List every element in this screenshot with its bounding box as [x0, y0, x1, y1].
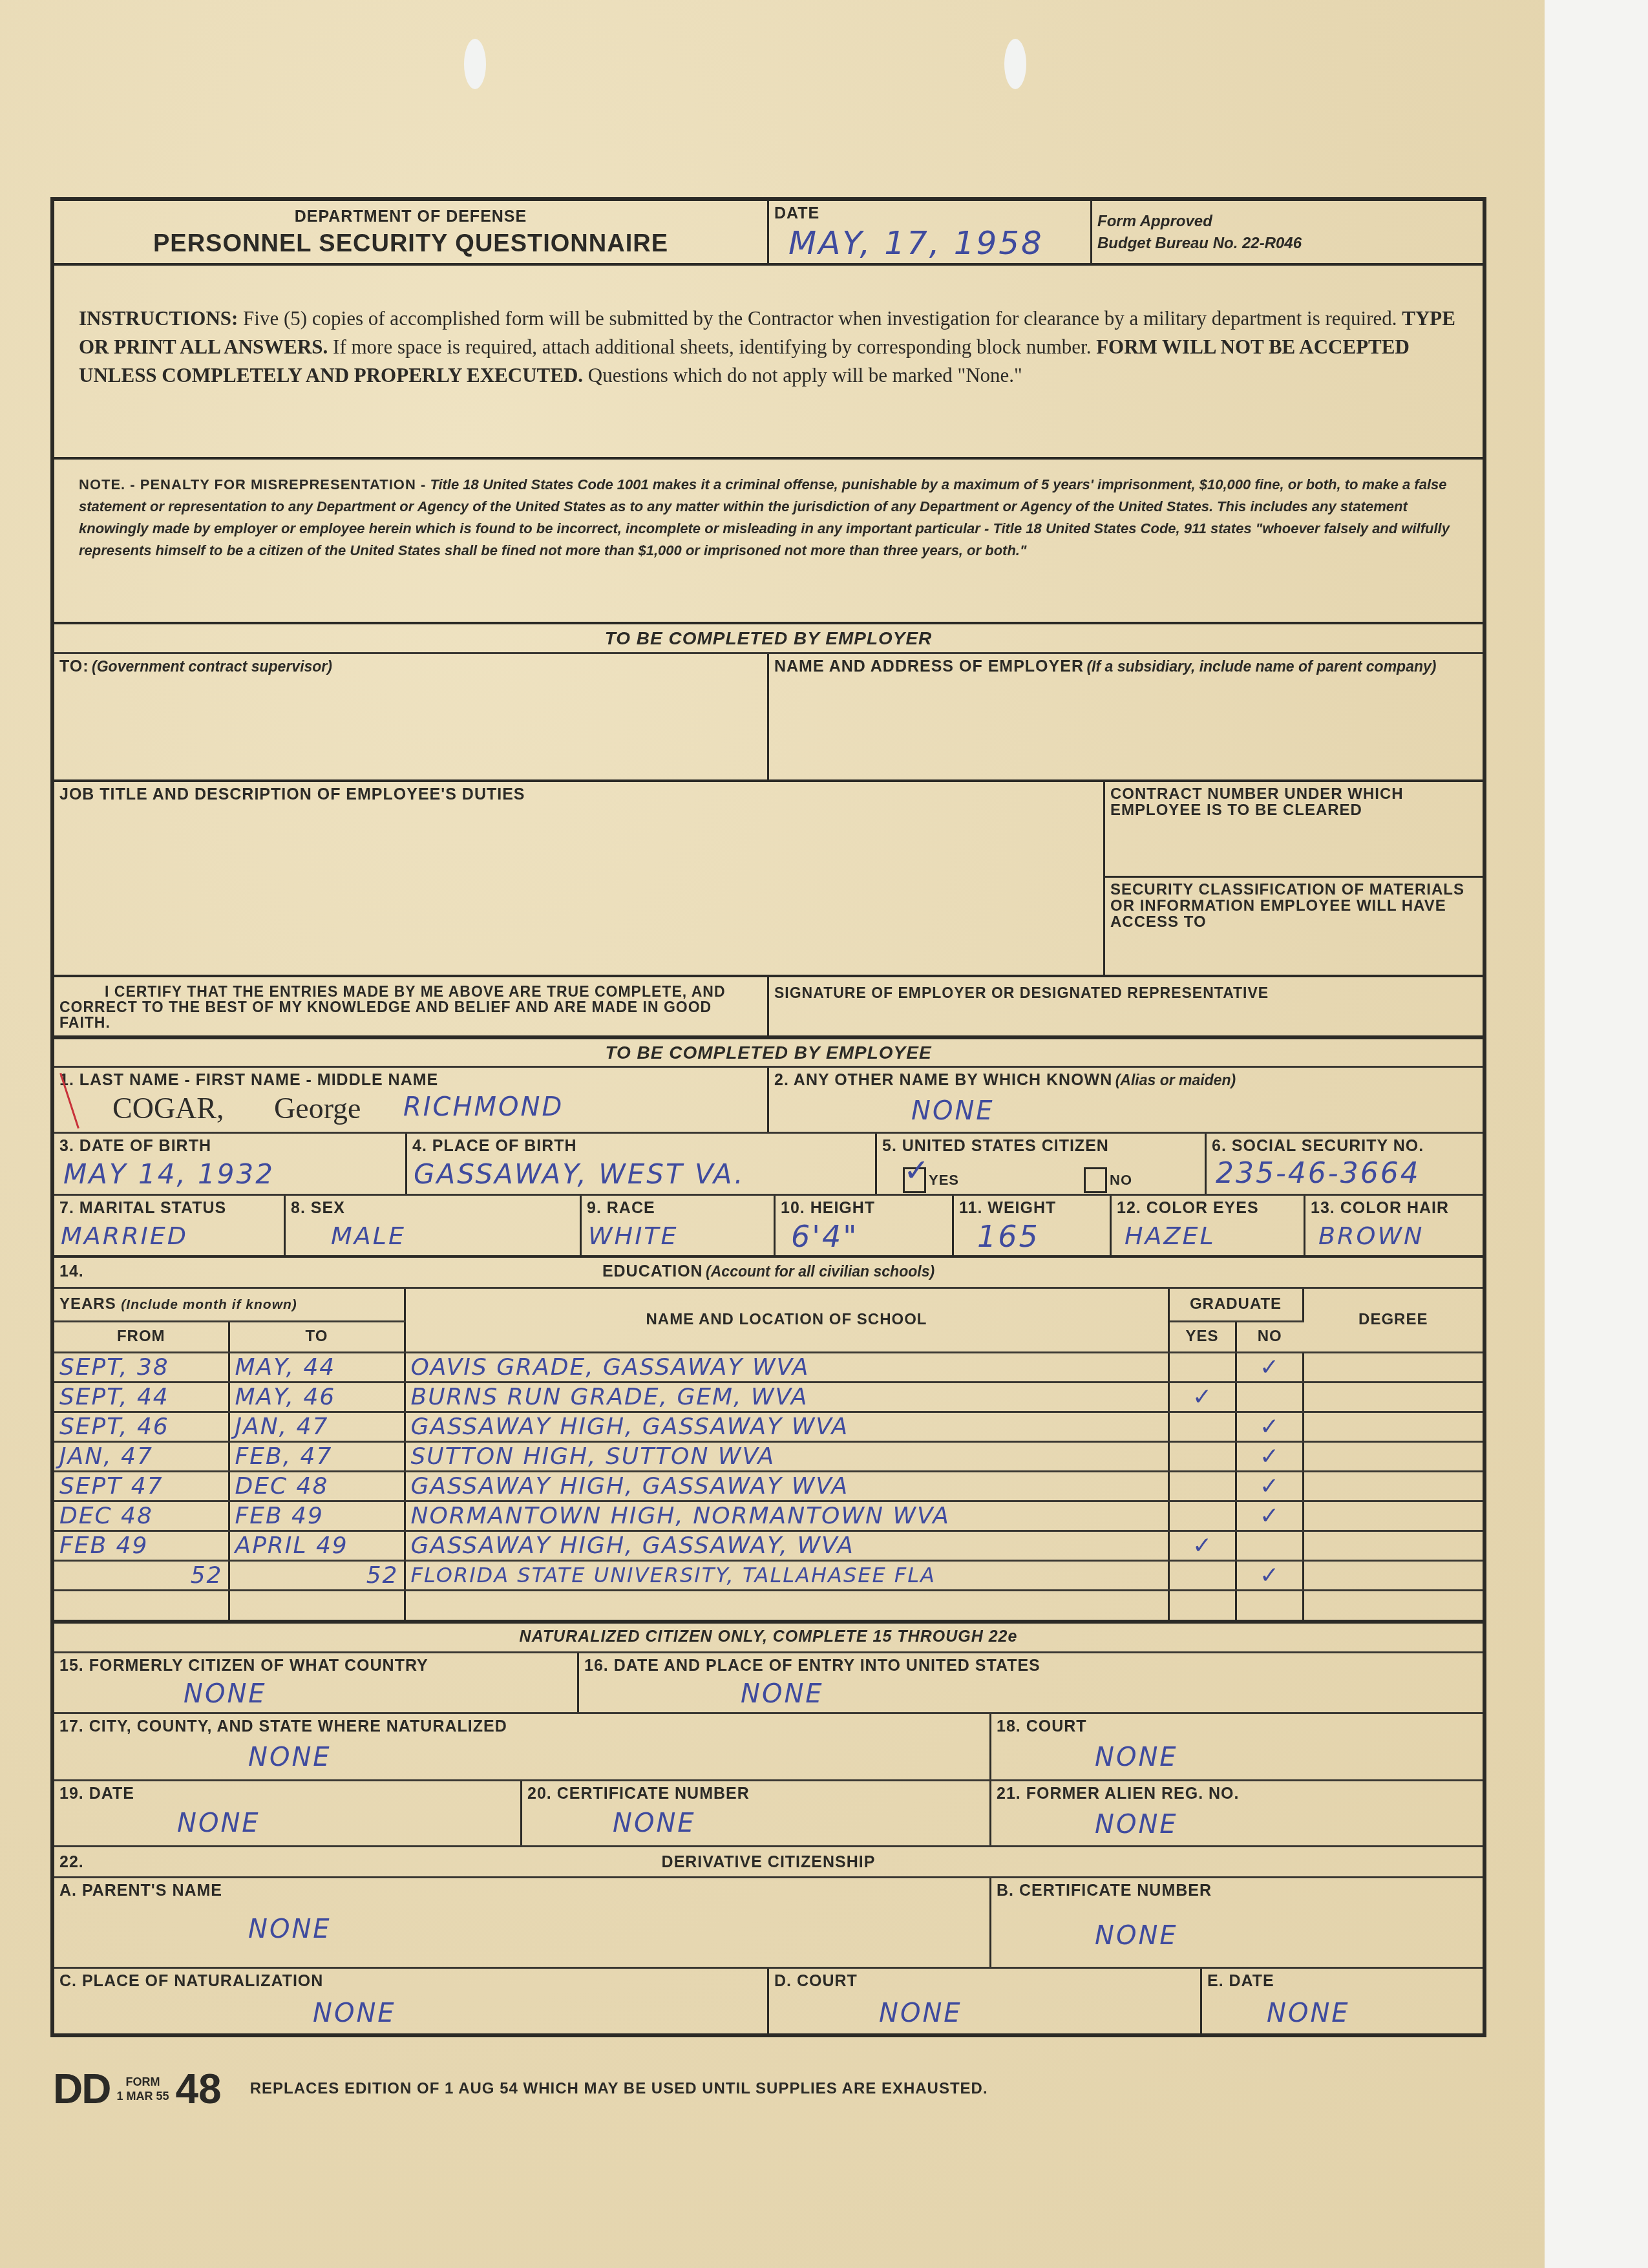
education-school-cell[interactable]: NORMANTOWN HIGH, NORMANTOWN WVA [405, 1501, 1168, 1531]
education-row [54, 1590, 1483, 1620]
instructions-part-3: Questions which do not apply will be mar… [583, 364, 1022, 387]
form-edition-date: 1 MAR 55 [116, 2089, 169, 2104]
instructions-lead: INSTRUCTIONS: [79, 307, 238, 330]
education-to-cell[interactable]: MAY, 46 [229, 1382, 405, 1412]
naturalized-heading-row: NATURALIZED CITIZEN ONLY, COMPLETE 15 TH… [54, 1624, 1483, 1653]
naturalization-detail-row: 19. DATE NONE 20. CERTIFICATE NUMBER NON… [54, 1781, 1483, 1847]
parent-name-value: NONE [248, 1914, 332, 1944]
citizen-yes-label: YES [929, 1172, 959, 1187]
employer-signature-field[interactable]: SIGNATURE OF EMPLOYER OR DESIGNATED REPR… [769, 977, 1483, 1035]
derivative-heading-wrap: DERIVATIVE CITIZENSHIP [54, 1847, 1483, 1876]
hair-color-label: 13. COLOR HAIR [1311, 1200, 1477, 1216]
naturalization-date-label: 19. DATE [59, 1785, 515, 1802]
employer-signature-label: SIGNATURE OF EMPLOYER OR DESIGNATED REPR… [774, 985, 1477, 1001]
to-value: DEC 48 [235, 1473, 329, 1500]
degree-cell[interactable] [1303, 1382, 1483, 1412]
place-of-birth-label: 4. PLACE OF BIRTH [412, 1138, 870, 1154]
derivative-date-label: e. DATE [1207, 1973, 1477, 1989]
parent-name-field[interactable]: a. PARENT'S NAME NONE [54, 1878, 991, 1967]
employer-section-heading: TO BE COMPLETED BY EMPLOYER [54, 624, 1483, 652]
check-mark-icon: ✓ [1192, 1384, 1212, 1410]
place-of-naturalization-field[interactable]: c. PLACE OF NATURALIZATION NONE [54, 1969, 769, 2033]
graduate-no-cell[interactable]: ✓ [1236, 1501, 1303, 1531]
to-value: 52 [366, 1562, 399, 1589]
to-value: JAN, 47 [235, 1414, 329, 1440]
to-value: FEB 49 [235, 1503, 324, 1529]
graduate-no-cell[interactable]: ✓ [1236, 1560, 1303, 1590]
job-title-label: JOB TITLE AND DESCRIPTION OF EMPLOYEE'S … [59, 786, 1098, 803]
penalty-note: NOTE. - PENALTY FOR MISREPRESENTATION - … [54, 460, 1483, 624]
school-value: NORMANTOWN HIGH, NORMANTOWN WVA [411, 1503, 950, 1529]
graduate-no-cell[interactable]: ✓ [1236, 1471, 1303, 1501]
employer-name-address-field[interactable]: NAME AND ADDRESS OF EMPLOYER (If a subsi… [769, 654, 1483, 779]
last-name-value: COGAR, [112, 1091, 224, 1125]
height-label: 10. HEIGHT [781, 1200, 947, 1216]
alien-reg-label: 21. FORMER ALIEN REG. NO. [997, 1785, 1477, 1802]
race-label: 9. RACE [587, 1200, 768, 1216]
from-value: JAN, 47 [59, 1443, 153, 1470]
former-country-value: NONE [184, 1679, 267, 1709]
date-value: MAY, 17, 1958 [788, 224, 1044, 262]
degree-header: DEGREE [1303, 1289, 1483, 1352]
education-school-cell[interactable]: SUTTON HIGH, SUTTON WVA [405, 1441, 1168, 1471]
education-to-cell[interactable]: DEC 48 [229, 1471, 405, 1501]
employer-heading-row: TO BE COMPLETED BY EMPLOYER [54, 624, 1483, 654]
instructions-block: INSTRUCTIONS: Five (5) copies of accompl… [54, 266, 1483, 460]
form-footer: DD FORM 1 MAR 55 48 REPLACES EDITION OF … [53, 2065, 988, 2113]
from-value: SEPT, 44 [59, 1384, 169, 1410]
years-label: YEARS [59, 1295, 116, 1313]
alias-label: 2. ANY OTHER NAME BY WHICH KNOWN [774, 1071, 1112, 1089]
entry-date-place-label: 16. DATE AND PLACE OF ENTRY INTO UNITED … [584, 1657, 1477, 1674]
sex-value: MALE [331, 1222, 406, 1250]
education-to-cell[interactable]: FEB, 47 [229, 1441, 405, 1471]
education-number: 14. [59, 1263, 84, 1280]
education-from-cell[interactable]: SEPT, 44 [54, 1382, 229, 1412]
name-row: 1. LAST NAME - FIRST NAME - MIDDLE NAME … [54, 1068, 1483, 1134]
derivative-certificate-value: NONE [1095, 1921, 1178, 1951]
certification-row: I CERTIFY THAT THE ENTRIES MADE BY ME AB… [54, 977, 1483, 1039]
education-to-cell[interactable]: MAY, 44 [229, 1352, 405, 1382]
education-table-row: YEARS (Include month if known) NAME AND … [54, 1289, 1483, 1624]
from-value: SEPT, 38 [59, 1354, 169, 1381]
education-heading: EDUCATION (Account for all civilian scho… [54, 1258, 1483, 1287]
date-of-birth-field[interactable]: 3. DATE OF BIRTH MAY 14, 1932 [54, 1134, 407, 1194]
alias-field[interactable]: 2. ANY OTHER NAME BY WHICH KNOWN (Alias … [769, 1068, 1483, 1132]
education-school-cell[interactable]: GASSAWAY HIGH, GASSAWAY, WVA [405, 1531, 1168, 1560]
first-name-value: George [274, 1091, 361, 1125]
budget-bureau-number: Budget Bureau No. 22-R046 [1097, 235, 1477, 253]
date-field[interactable]: DATE MAY, 17, 1958 [769, 201, 1092, 263]
derivative-court-label: d. COURT [774, 1973, 1195, 1989]
graduate-no-cell[interactable]: ✓ [1236, 1352, 1303, 1382]
degree-cell[interactable] [1303, 1412, 1483, 1441]
citizen-no-option[interactable]: NO [1084, 1167, 1132, 1193]
physical-row: 7. MARITAL STATUS MARRIED 8. SEX MALE 9.… [54, 1196, 1483, 1258]
certificate-number-field[interactable]: 20. CERTIFICATE NUMBER NONE [522, 1781, 991, 1845]
education-row: SEPT, 38 MAY, 44 OAVIS GRADE, GASSAWAY W… [54, 1352, 1483, 1382]
graduate-no-cell[interactable] [1236, 1531, 1303, 1560]
birth-row: 3. DATE OF BIRTH MAY 14, 1932 4. PLACE O… [54, 1134, 1483, 1196]
to-supervisor-field[interactable]: TO: (Government contract supervisor) [54, 654, 769, 779]
check-mark-icon: ✓ [903, 1152, 929, 1189]
full-name-label: 1. LAST NAME - FIRST NAME - MIDDLE NAME [59, 1072, 762, 1088]
school-value: GASSAWAY HIGH, GASSAWAY, WVA [411, 1532, 854, 1559]
education-row: SEPT, 44 MAY, 46 BURNS RUN GRADE, GEM, W… [54, 1382, 1483, 1412]
to-value: MAY, 44 [235, 1354, 336, 1381]
penalty-note-lead: NOTE. - PENALTY FOR MISREPRESENTATION - [79, 476, 426, 493]
date-of-birth-value: MAY 14, 1932 [63, 1158, 275, 1190]
degree-cell[interactable] [1303, 1531, 1483, 1560]
from-header: FROM [54, 1321, 229, 1352]
degree-cell[interactable] [1303, 1590, 1483, 1620]
from-value: FEB 49 [59, 1532, 148, 1559]
contract-number-label: CONTRACT NUMBER UNDER WHICH EMPLOYEE IS … [1110, 786, 1477, 818]
education-row: 52 52 FLORIDA STATE UNIVERSITY, TALLAHAS… [54, 1560, 1483, 1590]
contract-number-field[interactable]: CONTRACT NUMBER UNDER WHICH EMPLOYEE IS … [1105, 782, 1483, 878]
education-school-cell[interactable]: FLORIDA STATE UNIVERSITY, TALLAHASEE FLA [405, 1560, 1168, 1590]
degree-cell[interactable] [1303, 1560, 1483, 1590]
education-heading-row: 14. EDUCATION (Account for all civilian … [54, 1258, 1483, 1289]
graduate-no-cell[interactable] [1236, 1382, 1303, 1412]
school-header: NAME AND LOCATION OF SCHOOL [405, 1289, 1168, 1352]
place-of-birth-value: GASSAWAY, WEST VA. [414, 1158, 745, 1190]
citizen-no-label: NO [1110, 1172, 1132, 1187]
employer-hint: (If a subsidiary, include name of parent… [1086, 658, 1436, 675]
education-row: DEC 48 FEB 49 NORMANTOWN HIGH, NORMANTOW… [54, 1501, 1483, 1531]
education-school-cell[interactable]: OAVIS GRADE, GASSAWAY WVA [405, 1352, 1168, 1382]
check-mark-icon: ✓ [1260, 1562, 1279, 1589]
header-row: DEPARTMENT OF DEFENSE PERSONNEL SECURITY… [54, 201, 1483, 266]
graduate-yes-cell[interactable] [1168, 1590, 1236, 1620]
derivative-heading-row: 22. DERIVATIVE CITIZENSHIP [54, 1847, 1483, 1878]
derivative-court-value: NONE [879, 1998, 962, 2028]
graduate-yes-header: YES [1168, 1321, 1236, 1352]
education-school-cell[interactable] [405, 1590, 1168, 1620]
social-security-field[interactable]: 6. SOCIAL SECURITY NO. 235-46-3664 [1207, 1134, 1483, 1194]
education-school-cell[interactable]: GASSAWAY HIGH, GASSAWAY WVA [405, 1412, 1168, 1441]
derivative-date-field[interactable]: e. DATE NONE [1202, 1969, 1483, 2033]
check-mark-icon: ✓ [1260, 1443, 1279, 1470]
to-value: FEB, 47 [235, 1443, 333, 1470]
naturalization-date-value: NONE [177, 1808, 260, 1838]
certification-text: I CERTIFY THAT THE ENTRIES MADE BY ME AB… [59, 984, 762, 1030]
education-to-cell[interactable]: 52 [229, 1560, 405, 1590]
contract-classification-stack: CONTRACT NUMBER UNDER WHICH EMPLOYEE IS … [1105, 782, 1483, 975]
years-hint: (Include month if known) [121, 1297, 297, 1312]
alias-hint: (Alias or maiden) [1115, 1072, 1236, 1088]
derivative-certificate-field[interactable]: b. CERTIFICATE NUMBER NONE [991, 1878, 1483, 1967]
form-approved-text: Form Approved [1097, 213, 1477, 231]
certification-text-block: I CERTIFY THAT THE ENTRIES MADE BY ME AB… [54, 977, 769, 1035]
naturalization-location-field[interactable]: 17. CITY, COUNTY, AND STATE WHERE NATURA… [54, 1714, 991, 1779]
graduate-no-cell[interactable]: ✓ [1236, 1412, 1303, 1441]
weight-label: 11. WEIGHT [959, 1200, 1104, 1216]
education-from-cell[interactable] [54, 1590, 229, 1620]
education-school-cell[interactable]: BURNS RUN GRADE, GEM, WVA [405, 1382, 1168, 1412]
citizen-yes-checkbox[interactable]: ✓ [903, 1167, 926, 1193]
from-value: DEC 48 [59, 1503, 153, 1529]
hair-color-field[interactable]: 13. COLOR HAIR BROWN [1305, 1196, 1483, 1255]
degree-cell[interactable] [1303, 1352, 1483, 1382]
naturalization-date-field[interactable]: 19. DATE NONE [54, 1781, 522, 1845]
parent-name-label: a. PARENT'S NAME [59, 1882, 984, 1899]
to-value: MAY, 46 [235, 1384, 336, 1410]
naturalized-heading: NATURALIZED CITIZEN ONLY, COMPLETE 15 TH… [54, 1624, 1483, 1651]
naturalization-court-field[interactable]: 18. COURT NONE [991, 1714, 1483, 1779]
graduate-no-cell[interactable]: ✓ [1236, 1441, 1303, 1471]
social-security-value: 235-46-3664 [1216, 1157, 1421, 1190]
form-number: 48 [175, 2065, 221, 2113]
graduate-no-cell[interactable] [1236, 1590, 1303, 1620]
full-name-field[interactable]: 1. LAST NAME - FIRST NAME - MIDDLE NAME … [54, 1068, 769, 1132]
certificate-number-label: 20. CERTIFICATE NUMBER [527, 1785, 984, 1802]
citizen-no-checkbox[interactable] [1084, 1167, 1107, 1193]
graduate-no-header: NO [1236, 1321, 1303, 1352]
years-header: YEARS (Include month if known) [54, 1289, 405, 1321]
education-hint: (Account for all civilian schools) [706, 1263, 935, 1280]
education-to-cell[interactable]: JAN, 47 [229, 1412, 405, 1441]
check-mark-icon: ✓ [1260, 1473, 1279, 1500]
marital-status-field[interactable]: 7. MARITAL STATUS MARRIED [54, 1196, 286, 1255]
check-mark-icon: ✓ [1192, 1532, 1212, 1559]
graduate-yes-cell[interactable] [1168, 1471, 1236, 1501]
former-country-field[interactable]: 15. FORMERLY CITIZEN OF WHAT COUNTRY NON… [54, 1653, 579, 1712]
us-citizen-field: 5. UNITED STATES CITIZEN ✓ YES NO [877, 1134, 1207, 1194]
education-row: FEB 49 APRIL 49 GASSAWAY HIGH, GASSAWAY,… [54, 1531, 1483, 1560]
education-title: EDUCATION [602, 1262, 703, 1280]
derivative-number: 22. [59, 1854, 84, 1871]
employer-label: NAME AND ADDRESS OF EMPLOYER [774, 657, 1084, 675]
education-from-cell[interactable]: SEPT, 46 [54, 1412, 229, 1441]
sex-field[interactable]: 8. SEX MALE [286, 1196, 582, 1255]
form-edition-block: FORM 1 MAR 55 [116, 2075, 169, 2104]
education-from-cell[interactable]: 52 [54, 1560, 229, 1590]
education-school-cell[interactable]: GASSAWAY HIGH, GASSAWAY WVA [405, 1471, 1168, 1501]
citizen-yes-option[interactable]: ✓ YES [903, 1167, 959, 1193]
height-value: 6'4" [791, 1219, 858, 1254]
to-header: TO [229, 1321, 405, 1352]
education-from-cell[interactable]: DEC 48 [54, 1501, 229, 1531]
punch-hole-left [464, 39, 486, 89]
hair-color-value: BROWN [1318, 1222, 1424, 1250]
form-dd-label: DD [53, 2065, 110, 2113]
degree-cell[interactable] [1303, 1441, 1483, 1471]
graduate-yes-cell[interactable] [1168, 1501, 1236, 1531]
to-hint: (Government contract supervisor) [92, 658, 332, 675]
check-mark-icon: ✓ [1260, 1354, 1279, 1381]
eye-color-field[interactable]: 12. COLOR EYES HAZEL [1112, 1196, 1305, 1255]
school-value: BURNS RUN GRADE, GEM, WVA [411, 1384, 808, 1410]
former-country-label: 15. FORMERLY CITIZEN OF WHAT COUNTRY [59, 1657, 572, 1674]
graduate-yes-cell[interactable]: ✓ [1168, 1382, 1236, 1412]
school-value: SUTTON HIGH, SUTTON WVA [411, 1443, 776, 1470]
naturalization-court-label: 18. COURT [997, 1718, 1477, 1735]
entry-date-place-field[interactable]: 16. DATE AND PLACE OF ENTRY INTO UNITED … [579, 1653, 1483, 1712]
alias-value: NONE [911, 1096, 995, 1126]
school-value: GASSAWAY HIGH, GASSAWAY WVA [411, 1414, 849, 1440]
security-classification-label: SECURITY CLASSIFICATION OF MATERIALS OR … [1110, 882, 1477, 931]
place-of-naturalization-label: c. PLACE OF NATURALIZATION [59, 1973, 762, 1989]
weight-value: 165 [977, 1219, 1040, 1254]
citizenship-origin-row: 15. FORMERLY CITIZEN OF WHAT COUNTRY NON… [54, 1653, 1483, 1714]
degree-cell[interactable] [1303, 1501, 1483, 1531]
school-value: OAVIS GRADE, GASSAWAY WVA [411, 1354, 810, 1381]
education-row: SEPT 47 DEC 48 GASSAWAY HIGH, GASSAWAY W… [54, 1471, 1483, 1501]
education-to-cell[interactable]: FEB 49 [229, 1501, 405, 1531]
naturalization-location-label: 17. CITY, COUNTY, AND STATE WHERE NATURA… [59, 1718, 984, 1735]
employee-heading-row: TO BE COMPLETED BY EMPLOYEE [54, 1039, 1483, 1068]
job-title-field[interactable]: JOB TITLE AND DESCRIPTION OF EMPLOYEE'S … [54, 782, 1105, 975]
race-field[interactable]: 9. RACE WHITE [582, 1196, 776, 1255]
eye-color-label: 12. COLOR EYES [1117, 1200, 1298, 1216]
check-mark-icon: ✓ [1260, 1503, 1279, 1529]
race-value: WHITE [588, 1222, 679, 1250]
marital-status-value: MARRIED [61, 1222, 188, 1250]
entry-date-place-value: NONE [741, 1679, 824, 1709]
education-from-cell[interactable]: SEPT 47 [54, 1471, 229, 1501]
education-from-cell[interactable]: JAN, 47 [54, 1441, 229, 1471]
education-to-cell[interactable] [229, 1590, 405, 1620]
employee-section-heading: TO BE COMPLETED BY EMPLOYEE [54, 1039, 1483, 1066]
job-row: JOB TITLE AND DESCRIPTION OF EMPLOYEE'S … [54, 782, 1483, 977]
place-of-naturalization-value: NONE [313, 1998, 396, 2028]
certificate-number-value: NONE [613, 1808, 696, 1838]
instructions-part-1: Five (5) copies of accomplished form wil… [238, 307, 1402, 330]
replaces-edition-note: REPLACES EDITION OF 1 AUG 54 WHICH MAY B… [250, 2080, 988, 2098]
paper-sheet: DEPARTMENT OF DEFENSE PERSONNEL SECURITY… [0, 0, 1545, 2268]
middle-name-value: RICHMOND [403, 1092, 564, 1122]
employer-info-row: TO: (Government contract supervisor) NAM… [54, 654, 1483, 782]
naturalization-location-value: NONE [248, 1743, 332, 1772]
title-block: DEPARTMENT OF DEFENSE PERSONNEL SECURITY… [54, 201, 769, 263]
date-label: DATE [774, 205, 1085, 222]
graduate-yes-cell[interactable] [1168, 1412, 1236, 1441]
form-title: PERSONNEL SECURITY QUESTIONNAIRE [59, 230, 762, 258]
weight-field[interactable]: 11. WEIGHT 165 [954, 1196, 1112, 1255]
eye-color-value: HAZEL [1125, 1222, 1216, 1250]
from-value: 52 [191, 1562, 223, 1589]
school-value: GASSAWAY HIGH, GASSAWAY WVA [411, 1473, 849, 1500]
security-classification-field[interactable]: SECURITY CLASSIFICATION OF MATERIALS OR … [1105, 878, 1483, 975]
instructions-text: INSTRUCTIONS: Five (5) copies of accompl… [79, 304, 1467, 457]
penalty-note-text: NOTE. - PENALTY FOR MISREPRESENTATION - … [79, 474, 1467, 622]
graduate-yes-cell[interactable] [1168, 1560, 1236, 1590]
education-row: JAN, 47 FEB, 47 SUTTON HIGH, SUTTON WVA … [54, 1441, 1483, 1471]
graduate-header: GRADUATE [1168, 1289, 1303, 1321]
alien-reg-value: NONE [1095, 1810, 1178, 1839]
education-table: YEARS (Include month if known) NAME AND … [54, 1289, 1483, 1620]
place-of-birth-field[interactable]: 4. PLACE OF BIRTH GASSAWAY, WEST VA. [407, 1134, 877, 1194]
derivative-court-field[interactable]: d. COURT NONE [769, 1969, 1202, 2033]
sex-label: 8. SEX [291, 1200, 575, 1216]
to-value: APRIL 49 [235, 1532, 348, 1559]
instructions-part-2: If more space is required, attach additi… [328, 335, 1096, 358]
derivative-heading: DERIVATIVE CITIZENSHIP [662, 1853, 876, 1871]
derivative-date-value: NONE [1267, 1998, 1350, 2028]
from-value: SEPT, 46 [59, 1414, 169, 1440]
form-frame: DEPARTMENT OF DEFENSE PERSONNEL SECURITY… [50, 197, 1486, 2037]
education-row: SEPT, 46 JAN, 47 GASSAWAY HIGH, GASSAWAY… [54, 1412, 1483, 1441]
school-value: FLORIDA STATE UNIVERSITY, TALLAHASEE FLA [411, 1563, 936, 1587]
degree-cell[interactable] [1303, 1471, 1483, 1501]
department-name: DEPARTMENT OF DEFENSE [59, 207, 762, 226]
social-security-label: 6. SOCIAL SECURITY NO. [1212, 1138, 1477, 1154]
height-field[interactable]: 10. HEIGHT 6'4" [776, 1196, 954, 1255]
derivative-detail-row: c. PLACE OF NATURALIZATION NONE d. COURT… [54, 1969, 1483, 2033]
us-citizen-label: 5. UNITED STATES CITIZEN [882, 1138, 1199, 1154]
form-word: FORM [125, 2075, 160, 2090]
graduate-yes-cell[interactable] [1168, 1441, 1236, 1471]
education-to-cell[interactable]: APRIL 49 [229, 1531, 405, 1560]
to-label: TO: [59, 657, 89, 675]
graduate-yes-cell[interactable] [1168, 1352, 1236, 1382]
punch-hole-right [1004, 39, 1026, 89]
check-mark-icon: ✓ [1260, 1414, 1279, 1440]
naturalization-court-value: NONE [1095, 1743, 1178, 1772]
education-from-cell[interactable]: SEPT, 38 [54, 1352, 229, 1382]
from-value: SEPT 47 [59, 1473, 164, 1500]
education-from-cell[interactable]: FEB 49 [54, 1531, 229, 1560]
naturalization-place-row: 17. CITY, COUNTY, AND STATE WHERE NATURA… [54, 1714, 1483, 1781]
date-of-birth-label: 3. DATE OF BIRTH [59, 1138, 400, 1154]
marital-status-label: 7. MARITAL STATUS [59, 1200, 279, 1216]
derivative-certificate-label: b. CERTIFICATE NUMBER [997, 1882, 1477, 1899]
approval-block: Form Approved Budget Bureau No. 22-R046 [1092, 201, 1483, 263]
alien-reg-field[interactable]: 21. FORMER ALIEN REG. NO. NONE [991, 1781, 1483, 1845]
parent-row: a. PARENT'S NAME NONE b. CERTIFICATE NUM… [54, 1878, 1483, 1969]
graduate-yes-cell[interactable]: ✓ [1168, 1531, 1236, 1560]
